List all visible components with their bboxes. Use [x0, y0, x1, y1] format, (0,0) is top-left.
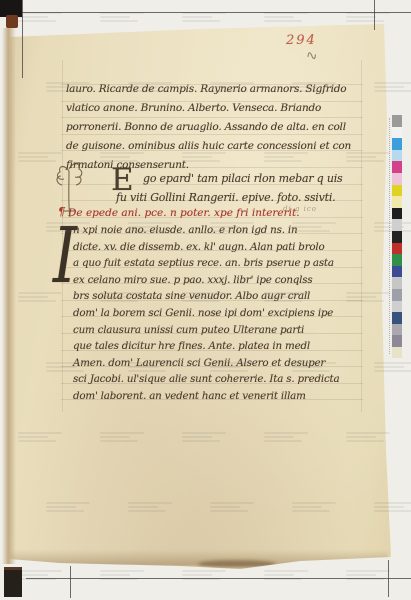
manuscript-text-line: porronerii. Bonno de aruaglio. Assando d… [66, 118, 368, 137]
color-patch [392, 277, 402, 289]
paragraph-1: lauro. Ricarde de campis. Raynerio arman… [66, 80, 368, 175]
color-patch [392, 324, 402, 336]
bottom-left-tick [70, 566, 71, 598]
manuscript-text-line: ex celano miro sue. p pao. xxxj. libr' i… [73, 272, 367, 289]
color-patch [392, 301, 402, 313]
color-patch [392, 208, 402, 220]
top-registration-line [22, 12, 411, 13]
color-patch [392, 173, 402, 185]
color-patch [392, 312, 402, 324]
top-left-leather-corner [6, 15, 18, 28]
paragraph-2-line-1: go epard' tam pilaci rlon mebar q uis [143, 172, 342, 185]
color-patch [392, 161, 402, 173]
manuscript-text-line: lauro. Ricarde de campis. Raynerio arman… [66, 80, 368, 99]
top-right-registration-line [374, 0, 375, 30]
color-patch [392, 289, 402, 301]
bottom-left-mount-corner [4, 567, 22, 597]
color-patch [392, 266, 402, 278]
color-patch [392, 150, 402, 162]
paragraph-3: n xpi noie ano. eiusde. anllo. e rlon ig… [73, 222, 367, 405]
watermark-stamp [18, 568, 66, 582]
color-calibration-strip [392, 115, 402, 358]
manuscript-text-line: dicte. xv. die dissemb. ex. kl' augn. Al… [73, 239, 367, 256]
ink-scribble: ∿ [305, 47, 319, 65]
manuscript-text-line: dom' la borem sci Genii. nose ipi dom' e… [73, 305, 367, 322]
rubric-line: De epede ani. pce. n poter. xpe fri inte… [68, 207, 300, 219]
color-patch [392, 196, 402, 208]
manuscript-text-line: cum clausura unissi cum puteo Ulterane p… [73, 322, 367, 339]
watermark-stamp [346, 568, 394, 582]
manuscript-text-line: sci Jacobi. ul'sique alie sunt cohererie… [73, 371, 367, 388]
color-patch [392, 185, 402, 197]
color-patch [392, 138, 402, 150]
color-bar-scale-marks [389, 118, 390, 354]
bottom-registration-line [26, 578, 411, 579]
color-patch [392, 231, 402, 243]
top-left-registration-line [22, 0, 23, 78]
manuscript-text-line: brs soluta costata sine venudor. Albo au… [73, 288, 367, 305]
paragraph-2-line-2: fu viti Gollini Rangerii. epive. foto. s… [116, 191, 335, 204]
bottom-right-crosshair [388, 560, 389, 597]
watermark-stamp [182, 568, 230, 582]
manuscript-text-line: a quo fuit estata septius rece. an. bris… [73, 255, 367, 272]
watermark-stamp [100, 568, 148, 582]
watermark-stamp [264, 568, 312, 582]
manuscript-text-line: vlatico anone. Brunino. Alberto. Venseca… [66, 99, 368, 118]
color-patch [392, 127, 402, 139]
color-patch [392, 115, 402, 127]
book-gutter-shadow [2, 28, 16, 564]
parchment-page: 294 ∿ di g ico lauro. Ricarde de campis.… [0, 0, 411, 600]
manuscript-text-line: Amen. dom' Laurencii sci Genii. Alsero e… [73, 355, 367, 372]
color-patch [392, 219, 402, 231]
folio-number: 294 [286, 33, 317, 48]
manuscript-text-line: que tales dicitur hre fines. Ante. plate… [73, 338, 367, 355]
page-edge-stain [198, 560, 276, 568]
manuscript-text-line: de guisone. ominibus aliis huic carte co… [66, 137, 368, 156]
color-patch [392, 347, 402, 359]
color-patch [392, 243, 402, 255]
manuscript-text-line: n xpi noie ano. eiusde. anllo. e rlon ig… [73, 222, 367, 239]
color-patch [392, 335, 402, 347]
manuscript-text-line: dom' laborent. an vedent hanc et venerit… [73, 388, 367, 405]
color-patch [392, 254, 402, 266]
manuscript-photo: 294 ∿ di g ico lauro. Ricarde de campis.… [0, 0, 411, 600]
